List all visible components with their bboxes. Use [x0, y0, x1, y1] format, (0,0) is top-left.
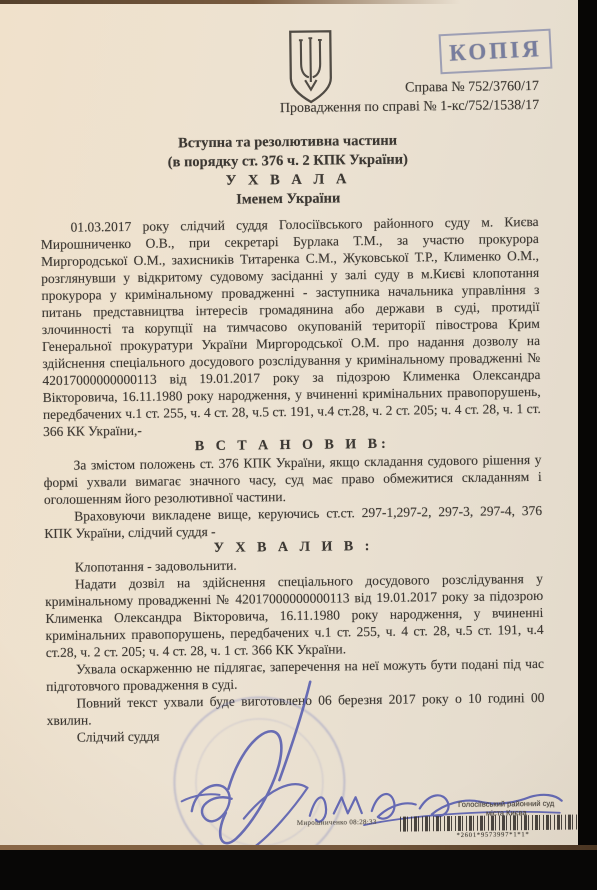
- copy-stamp: КОПІЯ: [439, 29, 553, 75]
- motivation-paragraph: За змістом положень ст. 376 КПК України,…: [43, 451, 542, 508]
- photo-background: КОПІЯ Справа № 752/3760/17 Провадження п…: [0, 0, 597, 890]
- dark-background-band: [0, 850, 597, 890]
- table-edge-top: [0, 0, 460, 4]
- barcode: [400, 814, 578, 831]
- ruling-paragraph-2: Надати дозвіл на здійснення спеціального…: [45, 570, 544, 661]
- document-content: КОПІЯ Справа № 752/3760/17 Провадження п…: [0, 0, 578, 848]
- operator-timestamp: Мирошниченко 08:28:33: [297, 818, 377, 827]
- proceeding-number-line: Провадження по справі № 1-кс/752/1538/17: [119, 96, 539, 120]
- barcode-number: *2601*9573997*1*1*: [400, 830, 578, 839]
- copy-stamp-label: КОПІЯ: [449, 36, 543, 67]
- document-page: КОПІЯ Справа № 752/3760/17 Провадження п…: [0, 0, 578, 848]
- document-body: 01.03.2017 року слідчий суддя Голосіївсь…: [41, 213, 545, 746]
- table-edge-right: [578, 0, 597, 848]
- case-numbers: Справа № 752/3760/17 Провадження по спра…: [119, 77, 539, 120]
- intro-paragraph: 01.03.2017 року слідчий суддя Голосіївсь…: [41, 213, 542, 440]
- document-title: Вступна та резолютивна частини (в порядк…: [37, 130, 538, 212]
